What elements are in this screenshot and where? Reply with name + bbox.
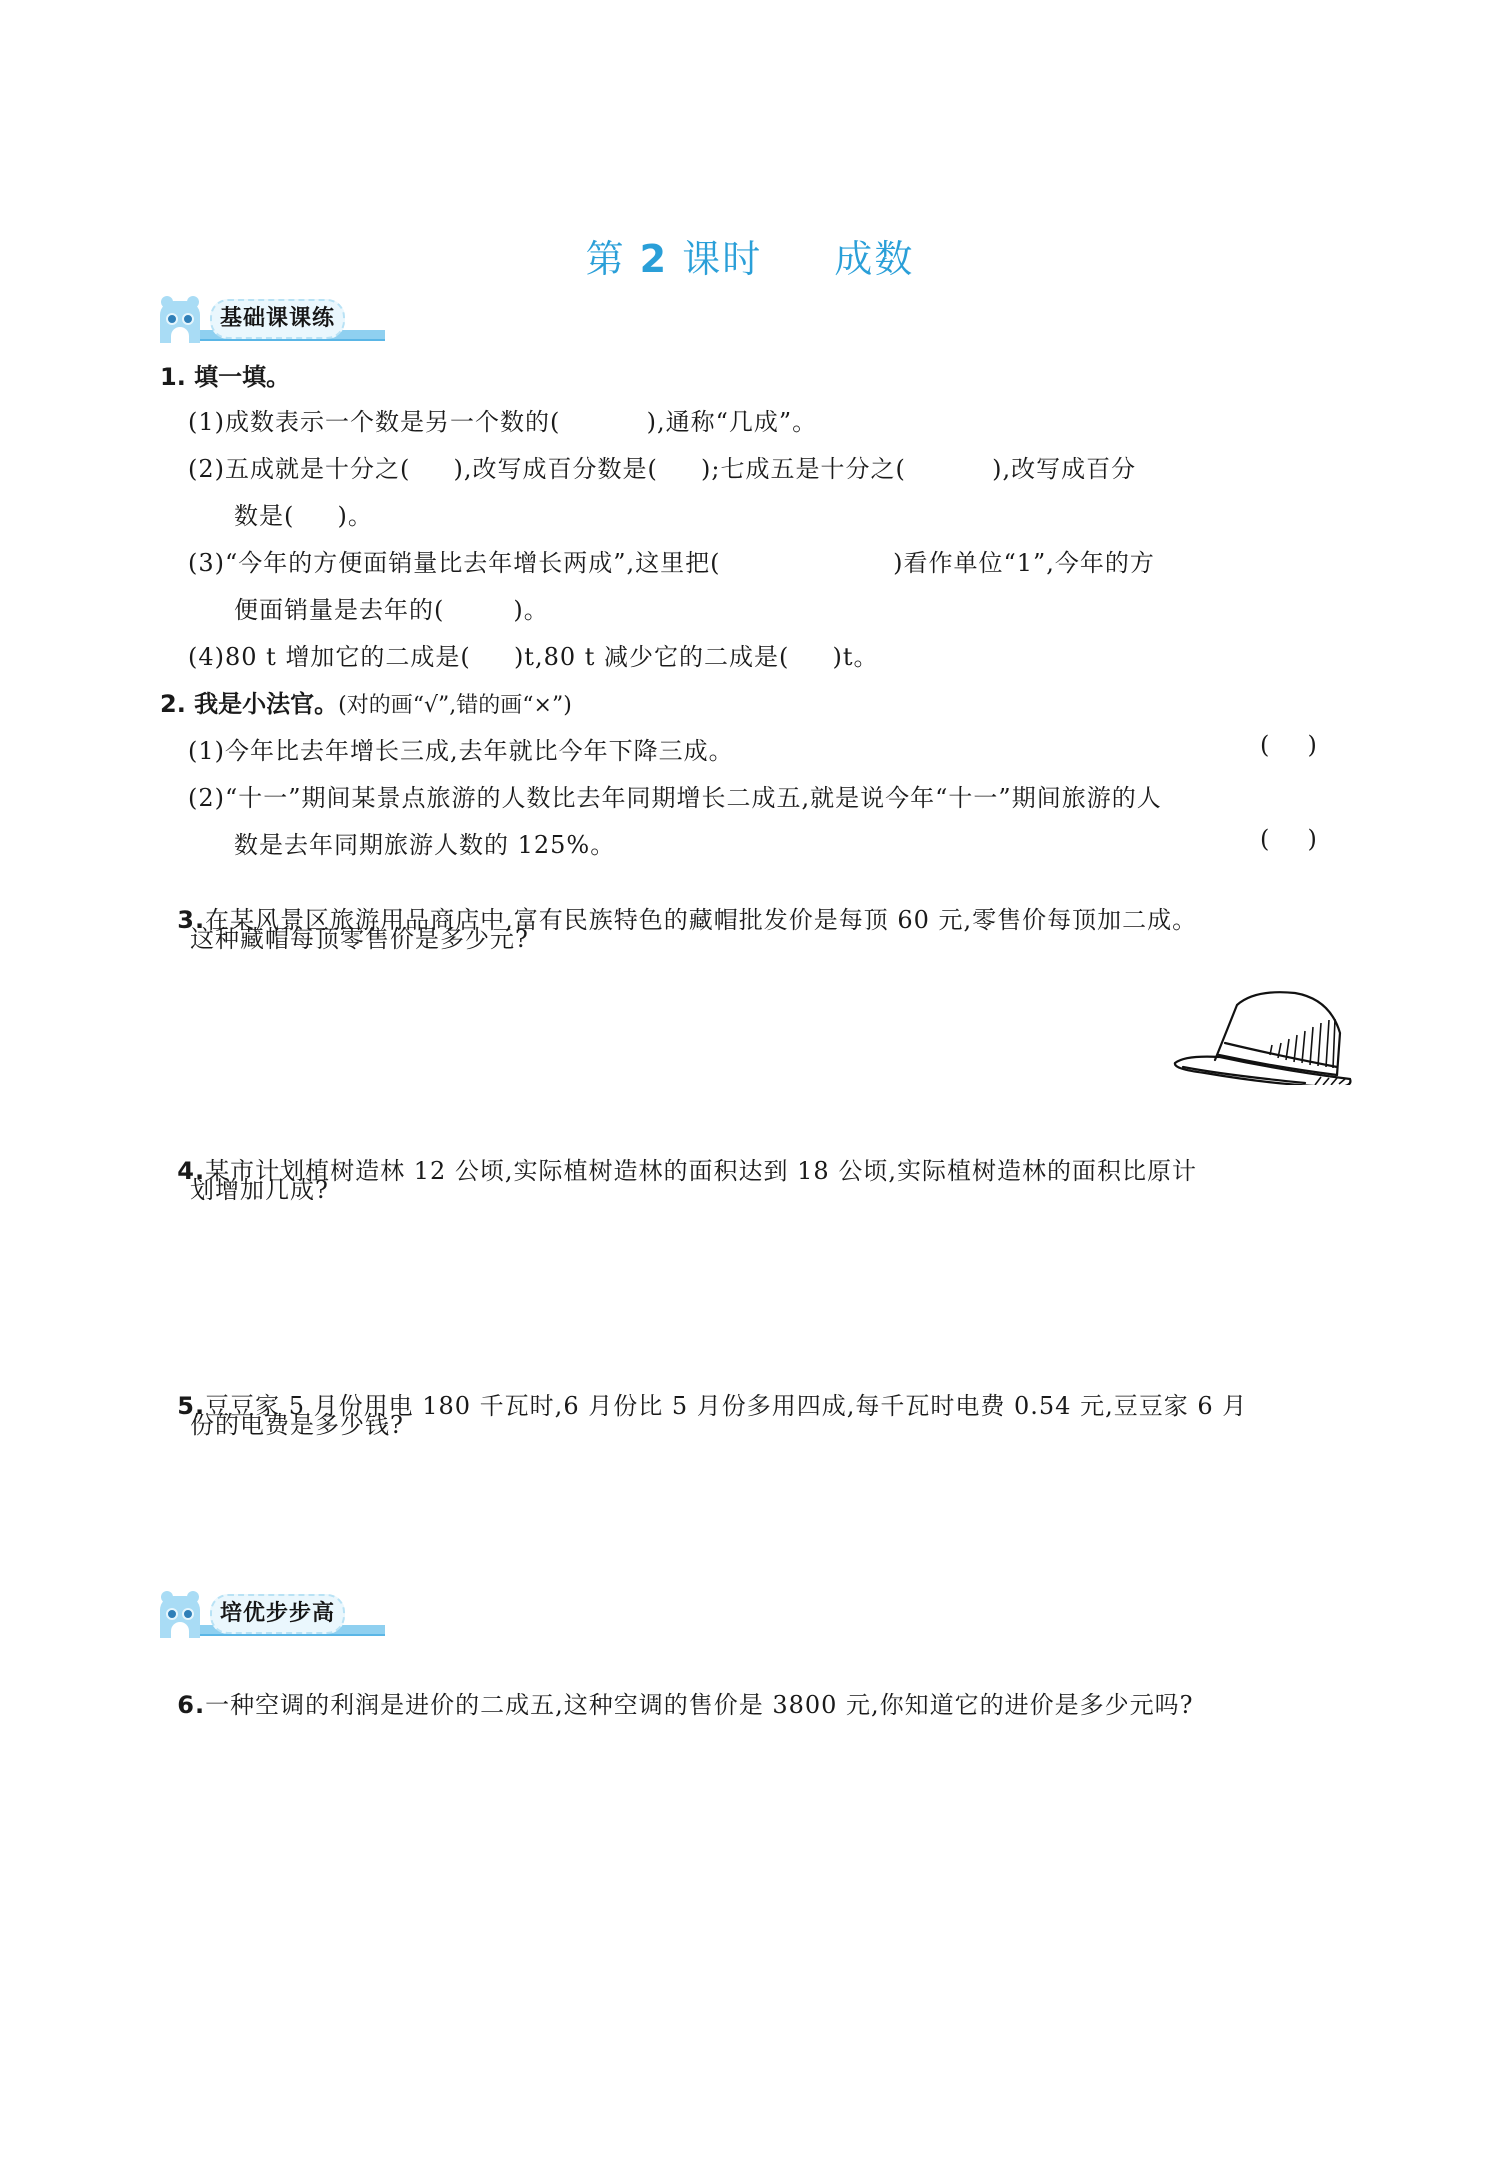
q1-item-4: (4)80 t 增加它的二成是( )t,80 t 减少它的二成是( )t。 (188, 637, 879, 672)
q1-item-1: (1)成数表示一个数是另一个数的( ),通称“几成”。 (188, 402, 817, 437)
section-badge-advanced: 培优步步高 (160, 1590, 385, 1640)
section-label: 基础课课练 (210, 299, 345, 339)
q2-title: 2. 我是小法官。 (160, 690, 338, 718)
question-6: 6.一种空调的利润是进价的二成五,这种空调的售价是 3800 元,你知道它的进价… (160, 1657, 1194, 1720)
section-label: 培优步步高 (210, 1594, 345, 1634)
q6-line1: 一种空调的利润是进价的二成五,这种空调的售价是 3800 元,你知道它的进价是多… (205, 1691, 1193, 1719)
q1-item-2-cont: 数是( )。 (234, 496, 373, 531)
q2-item-1: (1)今年比去年增长三成,去年就比今年下降三成。 (188, 731, 734, 766)
bear-mascot-icon (160, 1596, 200, 1638)
q1-item-3: (3)“今年的方便面销量比去年增长两成”,这里把( )看作单位“1”,今年的方 (188, 543, 1155, 578)
bear-mascot-icon (160, 301, 200, 343)
q1-item-2: (2)五成就是十分之( ),改写成百分数是( );七成五是十分之( ),改写成百… (188, 449, 1136, 484)
q2-item-2: (2)“十一”期间某景点旅游的人数比去年同期增长二成五,就是说今年“十一”期间旅… (188, 778, 1162, 813)
question-2-heading: 2. 我是小法官。(对的画“√”,错的画“×”) (160, 684, 572, 719)
q2-item-2-answer-blank[interactable]: ( ) (1260, 825, 1317, 853)
q1-item-3-cont: 便面销量是去年的( )。 (234, 590, 549, 625)
question-1-heading: 1. 填一填。 (160, 357, 290, 392)
title-topic: 成数 (834, 237, 914, 281)
section-badge-basic: 基础课课练 (160, 295, 385, 345)
q5-line2: 份的电费是多少钱? (190, 1405, 404, 1440)
page-title: 第 2 课时 成数 (0, 228, 1500, 283)
q2-hint: (对的画“√”,错的画“×”) (338, 693, 572, 718)
title-lesson-suffix: 课时 (682, 237, 762, 281)
q4-line1: 某市计划植树造林 12 公顷,实际植树造林的面积达到 18 公顷,实际植树造林的… (205, 1157, 1197, 1185)
q2-item-2-cont: 数是去年同期旅游人数的 125%。 (234, 825, 615, 860)
q4-line2: 划增加几成? (190, 1170, 329, 1205)
title-lesson-prefix: 第 (586, 237, 626, 281)
hat-illustration-icon (1165, 975, 1355, 1085)
q3-line2: 这种藏帽每顶零售价是多少元? (190, 919, 529, 954)
title-lesson-number: 2 (640, 237, 668, 281)
q2-item-1-answer-blank[interactable]: ( ) (1260, 731, 1317, 759)
q6-number: 6. (177, 1691, 205, 1719)
